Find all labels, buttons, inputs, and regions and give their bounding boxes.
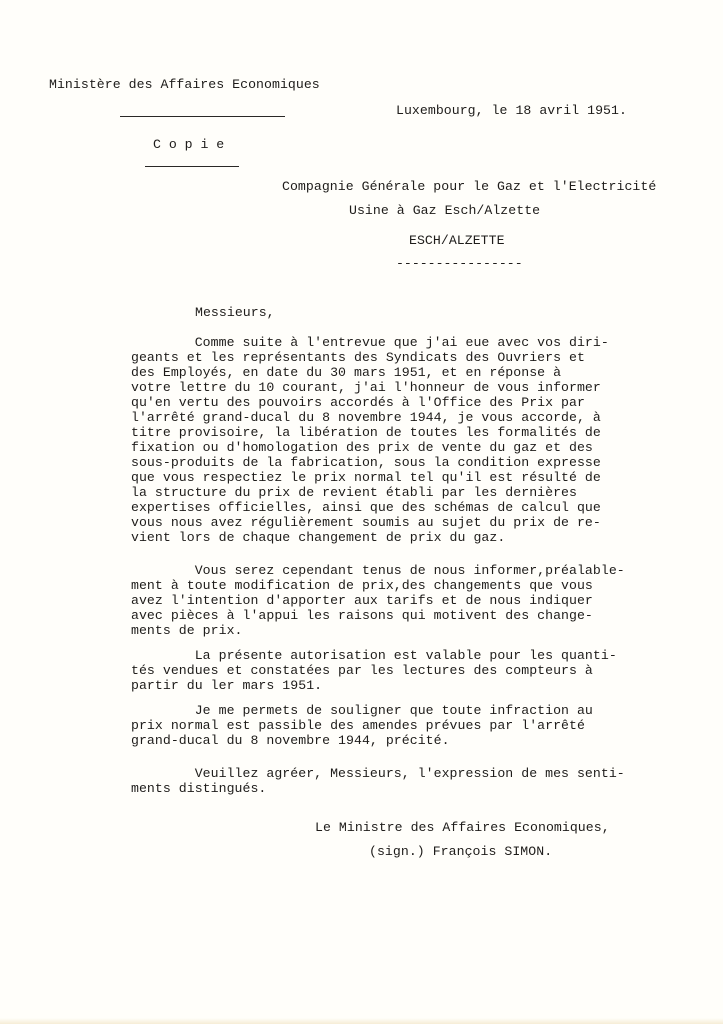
text-line: ment à toute modification de prix,des ch… (131, 578, 631, 593)
text-line: vous nous avez régulièrement soumis au s… (131, 515, 631, 530)
text-line: Comme suite à l'entrevue que j'ai eue av… (131, 335, 631, 350)
body-paragraph-1: Comme suite à l'entrevue que j'ai eue av… (131, 335, 631, 545)
text-line: qu'en vertu des pouvoirs accordés à l'Of… (131, 395, 631, 410)
text-line: Veuillez agréer, Messieurs, l'expression… (131, 766, 631, 781)
text-line: fixation ou d'homologation des prix de v… (131, 440, 631, 455)
text-line: expertises officielles, ainsi que des sc… (131, 500, 631, 515)
recipient-plant: Usine à Gaz Esch/Alzette (349, 203, 540, 218)
text-line: grand-ducal du 8 novembre 1944, précité. (131, 733, 631, 748)
recipient-city-rule: ---------------- (396, 256, 523, 271)
copy-label: C o p i e (153, 137, 224, 152)
text-line: partir du ler mars 1951. (131, 678, 631, 693)
text-line: l'arrêté grand-ducal du 8 novembre 1944,… (131, 410, 631, 425)
letter-page: Ministère des Affaires Economiques Luxem… (0, 0, 723, 1024)
text-line: Je me permets de souligner que toute inf… (131, 703, 631, 718)
text-line: votre lettre du 10 courant, j'ai l'honne… (131, 380, 631, 395)
paper-bottom-edge (0, 1018, 723, 1024)
text-line: que vous respectiez le prix normal tel q… (131, 470, 631, 485)
text-line: sous-produits de la fabrication, sous la… (131, 455, 631, 470)
text-line: ments de prix. (131, 623, 631, 638)
text-line: titre provisoire, la libération de toute… (131, 425, 631, 440)
text-line: vient lors de chaque changement de prix … (131, 530, 631, 545)
body-paragraph-3: La présente autorisation est valable pou… (131, 648, 631, 693)
text-line: ments distingués. (131, 781, 631, 796)
signature-name: (sign.) François SIMON. (369, 844, 552, 859)
text-line: La présente autorisation est valable pou… (131, 648, 631, 663)
text-line: prix normal est passible des amendes pré… (131, 718, 631, 733)
text-line: geants et les représentants des Syndicat… (131, 350, 631, 365)
copy-underline (145, 166, 239, 167)
signature-title: Le Ministre des Affaires Economiques, (315, 820, 610, 835)
text-line: avec pièces à l'appui les raisons qui mo… (131, 608, 631, 623)
text-line: la structure du prix de revient établi p… (131, 485, 631, 500)
body-paragraph-2: Vous serez cependant tenus de nous infor… (131, 563, 631, 638)
ministry-underline (120, 116, 285, 117)
recipient-city: ESCH/ALZETTE (409, 233, 505, 248)
salutation: Messieurs, (195, 305, 275, 320)
text-line: tés vendues et constatées par les lectur… (131, 663, 631, 678)
ministry-heading: Ministère des Affaires Economiques (49, 77, 320, 92)
text-line: avez l'intention d'apporter aux tarifs e… (131, 593, 631, 608)
text-line: des Employés, en date du 30 mars 1951, e… (131, 365, 631, 380)
body-paragraph-4: Je me permets de souligner que toute inf… (131, 703, 631, 748)
recipient-company: Compagnie Générale pour le Gaz et l'Elec… (282, 179, 656, 194)
place-date: Luxembourg, le 18 avril 1951. (396, 103, 627, 118)
closing-paragraph: Veuillez agréer, Messieurs, l'expression… (131, 766, 631, 796)
text-line: Vous serez cependant tenus de nous infor… (131, 563, 631, 578)
